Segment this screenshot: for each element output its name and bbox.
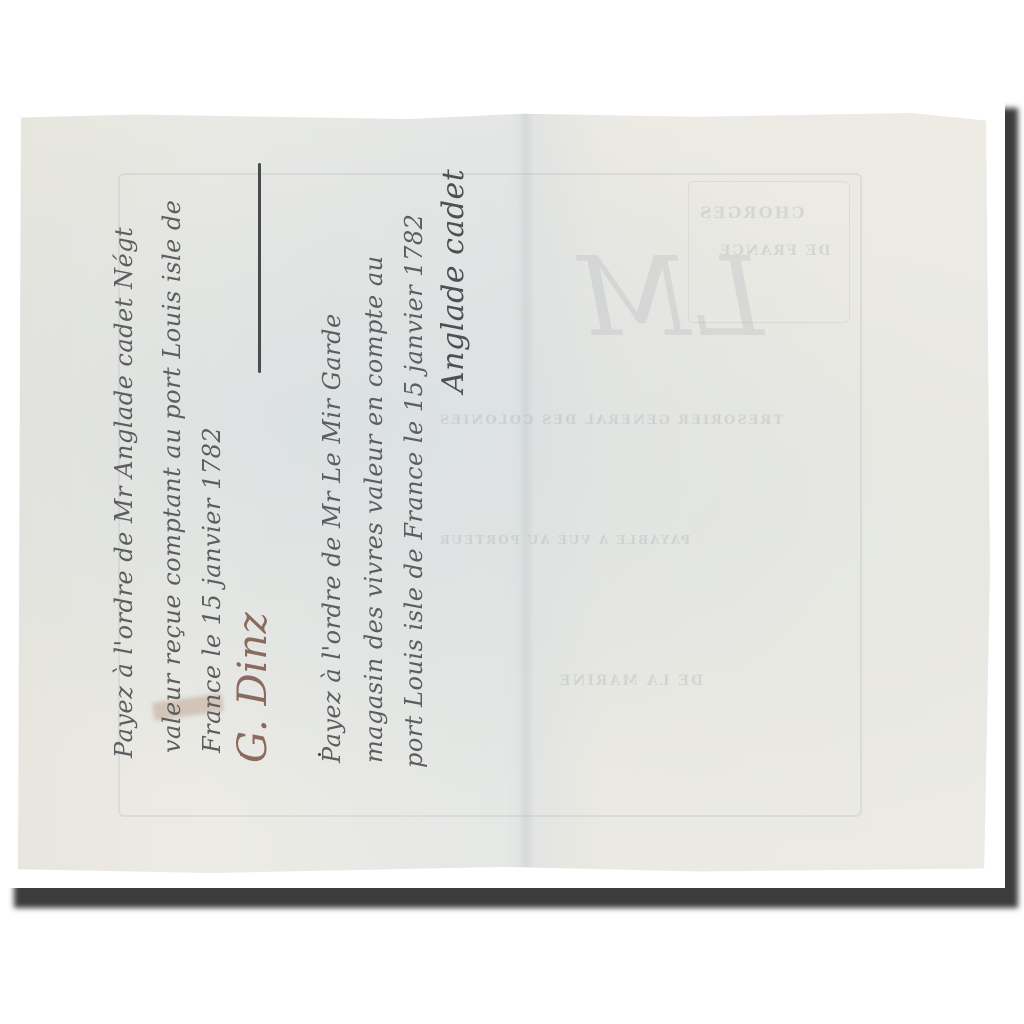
endorsement-2-line-2: magasin des vivres valeur en compte au <box>360 255 388 763</box>
endorsement-2-signature: Anglade cadet <box>436 169 471 393</box>
bleed-through-text: DE LA MARINE <box>558 673 703 689</box>
endorsement-1-signature: G. Dinz <box>230 612 276 763</box>
endorsement-1-line-3: France le 15 janvier 1782 <box>198 427 226 753</box>
endorsement-2-line-1: Payez à l'ordre de Mr Le Mir Garde <box>318 313 346 763</box>
bleed-through-text: PAYABLE A VUE AU PORTEUR <box>438 533 690 547</box>
pencil-stroke <box>258 163 261 373</box>
endorsement-2-line-3: port Louis isle de France le 15 janvier … <box>400 214 428 768</box>
endorsement-1-line-2: valeur reçue comptant au port Louis isle… <box>158 200 186 753</box>
bleed-through-text: CHORGES <box>698 203 805 222</box>
bleed-through-text: TRESORIER GENERAL DES COLONIES <box>438 413 783 428</box>
endorsement-1-line-1: Payez à l'ordre de Mr Anglade cadet Négt <box>110 227 138 758</box>
bleed-through-text: DE FRANCE <box>718 243 831 259</box>
document-paper: LM CHORGES DE FRANCE TRESORIER GENERAL D… <box>18 113 990 873</box>
